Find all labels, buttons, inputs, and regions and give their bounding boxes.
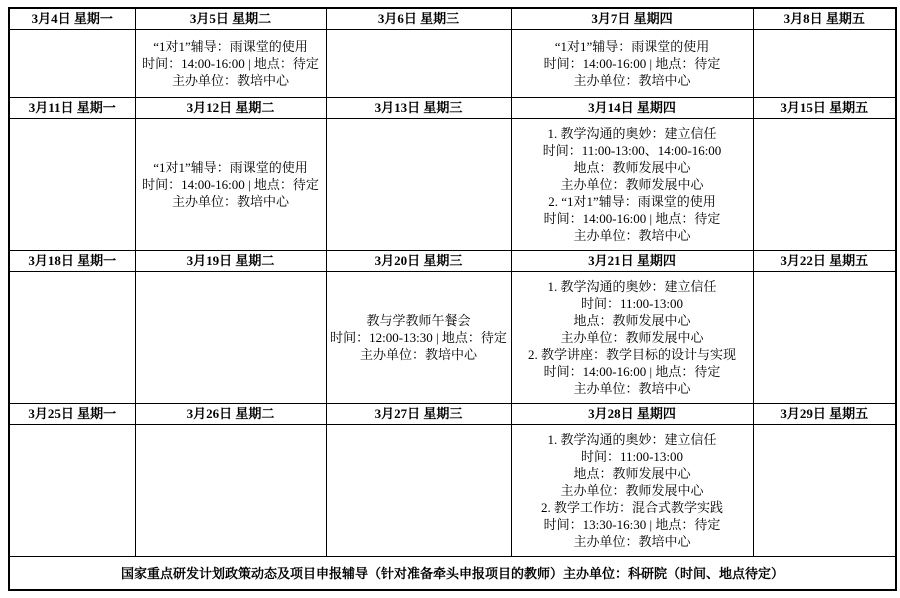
day-header: 3月4日 星期一 <box>9 8 135 29</box>
day-cell: “1对1”辅导：雨课堂的使用时间：14:00-16:00 | 地点：待定主办单位… <box>135 29 326 97</box>
event-line: 主办单位：教培中心 <box>514 72 751 89</box>
week-1-content-row: “1对1”辅导：雨课堂的使用时间：14:00-16:00 | 地点：待定主办单位… <box>9 29 896 97</box>
event-line: 1. 教学沟通的奥妙：建立信任 <box>514 431 751 448</box>
day-cell: 1. 教学沟通的奥妙：建立信任时间：11:00-13:00地点：教师发展中心主办… <box>511 424 753 556</box>
day-header: 3月15日 星期五 <box>753 97 896 118</box>
footer-row: 国家重点研发计划政策动态及项目申报辅导（针对准备牵头申报项目的教师）主办单位：科… <box>9 556 896 590</box>
event-line: 主办单位：教师发展中心 <box>514 176 751 193</box>
footer-note: 国家重点研发计划政策动态及项目申报辅导（针对准备牵头申报项目的教师）主办单位：科… <box>9 556 896 590</box>
day-cell: “1对1”辅导：雨课堂的使用时间：14:00-16:00 | 地点：待定主办单位… <box>511 29 753 97</box>
event-line: “1对1”辅导：雨课堂的使用 <box>138 159 324 176</box>
day-cell <box>753 271 896 403</box>
event-line: 主办单位：教培中心 <box>514 380 751 397</box>
event-line: 时间：11:00-13:00 <box>514 448 751 465</box>
day-cell: “1对1”辅导：雨课堂的使用时间：14:00-16:00 | 地点：待定主办单位… <box>135 118 326 250</box>
day-cell <box>753 118 896 250</box>
event-line: 时间：11:00-13:00 <box>514 295 751 312</box>
day-cell <box>9 118 135 250</box>
event-line: “1对1”辅导：雨课堂的使用 <box>138 38 324 55</box>
day-header: 3月11日 星期一 <box>9 97 135 118</box>
day-cell <box>326 424 511 556</box>
day-cell <box>326 118 511 250</box>
calendar-weeks: 3月4日 星期一3月5日 星期二3月6日 星期三3月7日 星期四3月8日 星期五… <box>9 8 896 556</box>
event-line: 时间：14:00-16:00 | 地点：待定 <box>138 176 324 193</box>
day-header: 3月19日 星期二 <box>135 250 326 271</box>
event-line: 2. 教学讲座：教学目标的设计与实现 <box>514 346 751 363</box>
event-line: 2. “1对1”辅导：雨课堂的使用 <box>514 193 751 210</box>
day-header: 3月6日 星期三 <box>326 8 511 29</box>
week-3-content-row: 教与学教师午餐会时间：12:00-13:30 | 地点：待定主办单位：教培中心1… <box>9 271 896 403</box>
day-cell: 1. 教学沟通的奥妙：建立信任时间：11:00-13:00、14:00-16:0… <box>511 118 753 250</box>
week-2-content-row: “1对1”辅导：雨课堂的使用时间：14:00-16:00 | 地点：待定主办单位… <box>9 118 896 250</box>
event-line: 主办单位：教培中心 <box>514 533 751 550</box>
event-line: 地点：教师发展中心 <box>514 312 751 329</box>
day-header: 3月28日 星期四 <box>511 403 753 424</box>
event-line: 时间：14:00-16:00 | 地点：待定 <box>514 55 751 72</box>
day-cell <box>135 424 326 556</box>
day-header: 3月5日 星期二 <box>135 8 326 29</box>
event-line: 1. 教学沟通的奥妙：建立信任 <box>514 125 751 142</box>
day-cell <box>9 271 135 403</box>
day-cell: 1. 教学沟通的奥妙：建立信任时间：11:00-13:00地点：教师发展中心主办… <box>511 271 753 403</box>
day-header: 3月20日 星期三 <box>326 250 511 271</box>
calendar-footer-section: 国家重点研发计划政策动态及项目申报辅导（针对准备牵头申报项目的教师）主办单位：科… <box>9 556 896 590</box>
event-line: 主办单位：教师发展中心 <box>514 482 751 499</box>
day-cell <box>326 29 511 97</box>
day-header: 3月18日 星期一 <box>9 250 135 271</box>
event-line: 1. 教学沟通的奥妙：建立信任 <box>514 278 751 295</box>
day-header: 3月21日 星期四 <box>511 250 753 271</box>
day-cell <box>753 29 896 97</box>
week-2-header-row: 3月11日 星期一3月12日 星期二3月13日 星期三3月14日 星期四3月15… <box>9 97 896 118</box>
day-header: 3月14日 星期四 <box>511 97 753 118</box>
day-cell <box>9 424 135 556</box>
day-cell <box>9 29 135 97</box>
event-line: 时间：13:30-16:30 | 地点：待定 <box>514 516 751 533</box>
event-line: 时间：11:00-13:00、14:00-16:00 <box>514 142 751 159</box>
event-line: 时间：14:00-16:00 | 地点：待定 <box>514 210 751 227</box>
day-header: 3月12日 星期二 <box>135 97 326 118</box>
event-line: 主办单位：教师发展中心 <box>514 329 751 346</box>
event-line: 时间：14:00-16:00 | 地点：待定 <box>138 55 324 72</box>
week-1-header-row: 3月4日 星期一3月5日 星期二3月6日 星期三3月7日 星期四3月8日 星期五 <box>9 8 896 29</box>
event-line: 主办单位：教培中心 <box>514 227 751 244</box>
event-line: 时间：12:00-13:30 | 地点：待定 <box>329 329 509 346</box>
day-header: 3月29日 星期五 <box>753 403 896 424</box>
day-cell <box>753 424 896 556</box>
day-header: 3月26日 星期二 <box>135 403 326 424</box>
schedule-table: 3月4日 星期一3月5日 星期二3月6日 星期三3月7日 星期四3月8日 星期五… <box>8 7 897 591</box>
event-line: 地点：教师发展中心 <box>514 159 751 176</box>
day-header: 3月13日 星期三 <box>326 97 511 118</box>
day-header: 3月7日 星期四 <box>511 8 753 29</box>
week-4-content-row: 1. 教学沟通的奥妙：建立信任时间：11:00-13:00地点：教师发展中心主办… <box>9 424 896 556</box>
event-line: 2. 教学工作坊：混合式教学实践 <box>514 499 751 516</box>
day-cell: 教与学教师午餐会时间：12:00-13:30 | 地点：待定主办单位：教培中心 <box>326 271 511 403</box>
week-4-header-row: 3月25日 星期一3月26日 星期二3月27日 星期三3月28日 星期四3月29… <box>9 403 896 424</box>
day-header: 3月27日 星期三 <box>326 403 511 424</box>
event-line: 教与学教师午餐会 <box>329 312 509 329</box>
event-line: “1对1”辅导：雨课堂的使用 <box>514 38 751 55</box>
event-line: 主办单位：教培中心 <box>138 72 324 89</box>
event-line: 时间：14:00-16:00 | 地点：待定 <box>514 363 751 380</box>
day-header: 3月8日 星期五 <box>753 8 896 29</box>
event-line: 地点：教师发展中心 <box>514 465 751 482</box>
event-line: 主办单位：教培中心 <box>329 346 509 363</box>
day-header: 3月25日 星期一 <box>9 403 135 424</box>
week-3-header-row: 3月18日 星期一3月19日 星期二3月20日 星期三3月21日 星期四3月22… <box>9 250 896 271</box>
event-line: 主办单位：教培中心 <box>138 193 324 210</box>
day-header: 3月22日 星期五 <box>753 250 896 271</box>
day-cell <box>135 271 326 403</box>
